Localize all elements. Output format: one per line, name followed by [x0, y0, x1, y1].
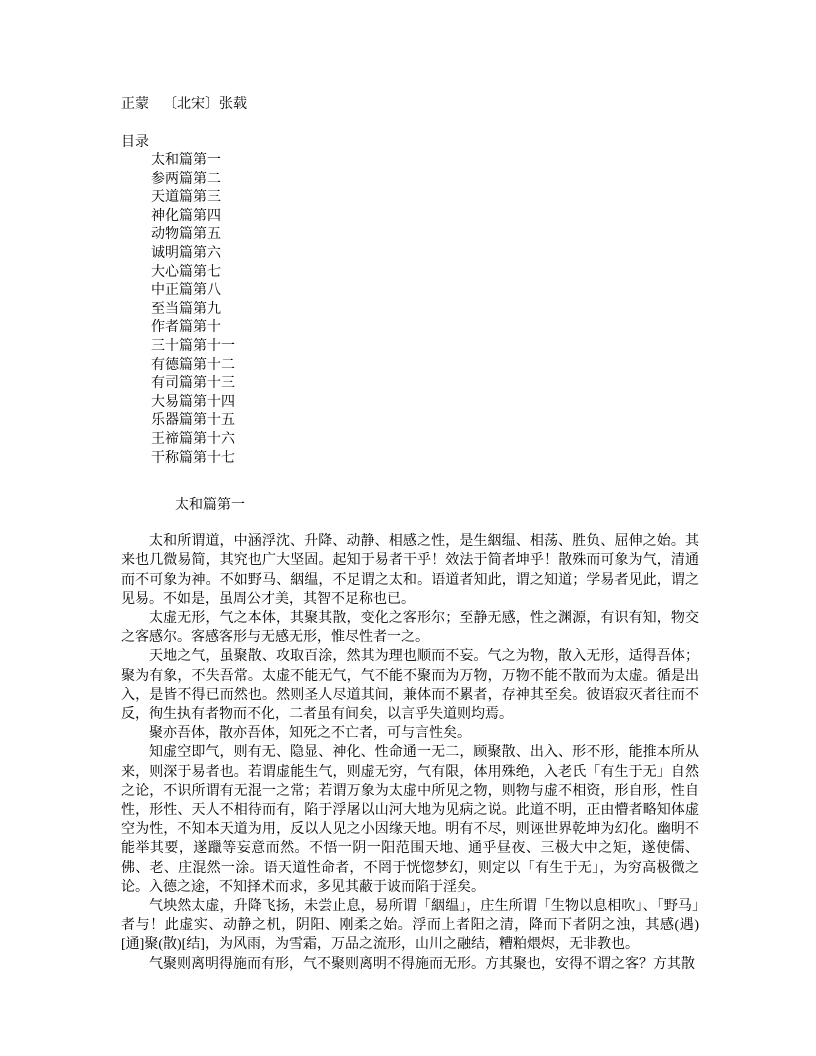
toc-item: 至当篇第九: [121, 301, 699, 320]
document-content: 正蒙〔北宋〕张载 目录 太和篇第一 参两篇第二 天道篇第三 神化篇第四 动物篇第…: [121, 95, 699, 974]
toc-item: 有德篇第十二: [121, 357, 699, 376]
toc-item: 大易篇第十四: [121, 394, 699, 413]
toc-list: 太和篇第一 参两篇第二 天道篇第三 神化篇第四 动物篇第五 诚明篇第六 大心篇第…: [121, 152, 699, 468]
title-line: 正蒙〔北宋〕张载: [121, 95, 699, 114]
document-page: 正蒙〔北宋〕张载 目录 太和篇第一 参两篇第二 天道篇第三 神化篇第四 动物篇第…: [0, 0, 816, 1056]
paragraph: 知虚空即气，则有无、隐显、神化、性命通一无二，顾聚散、出入、形不形，能推本所从来…: [121, 743, 699, 897]
toc-item: 参两篇第二: [121, 171, 699, 190]
paragraph: 太和所谓道，中涵浮沈、升降、动静、相感之性，是生絪缊、相荡、胜负、屈伸之始。其来…: [121, 532, 699, 609]
toc-item: 中正篇第八: [121, 282, 699, 301]
toc-item: 三十篇第十一: [121, 338, 699, 357]
toc-item: 干称篇第十七: [121, 450, 699, 469]
chapter-body: 太和所谓道，中涵浮沈、升降、动静、相感之性，是生絪缊、相荡、胜负、屈伸之始。其来…: [121, 532, 699, 974]
paragraph: 太虚无形，气之本体，其聚其散，变化之客形尔；至静无感，性之渊源，有识有知，物交之…: [121, 609, 699, 647]
toc-item: 大心篇第七: [121, 264, 699, 283]
toc-header: 目录: [121, 133, 699, 152]
paragraph: 气坱然太虚，升降飞扬，未尝止息，易所谓「絪缊」，庄生所谓「生物以息相吹」、「野马…: [121, 897, 699, 955]
toc-item: 诚明篇第六: [121, 245, 699, 264]
toc-item: 乐器篇第十五: [121, 412, 699, 431]
chapter-heading: 太和篇第一: [121, 496, 699, 515]
toc-item: 动物篇第五: [121, 226, 699, 245]
paragraph: 气聚则离明得施而有形，气不聚则离明不得施而无形。方其聚也，安得不谓之客？方其散: [121, 955, 699, 974]
toc-item: 王禘篇第十六: [121, 431, 699, 450]
toc-item: 天道篇第三: [121, 189, 699, 208]
author-attribution: 〔北宋〕张载: [163, 97, 247, 112]
paragraph: 天地之气，虽聚散、攻取百涂，然其为理也顺而不妄。气之为物，散入无形，适得吾体；聚…: [121, 647, 699, 724]
toc-item: 神化篇第四: [121, 208, 699, 227]
toc-item: 有司篇第十三: [121, 375, 699, 394]
book-title: 正蒙: [121, 97, 149, 112]
paragraph: 聚亦吾体，散亦吾体，知死之不亡者，可与言性矣。: [121, 724, 699, 743]
toc-item: 作者篇第十: [121, 319, 699, 338]
toc-item: 太和篇第一: [121, 152, 699, 171]
